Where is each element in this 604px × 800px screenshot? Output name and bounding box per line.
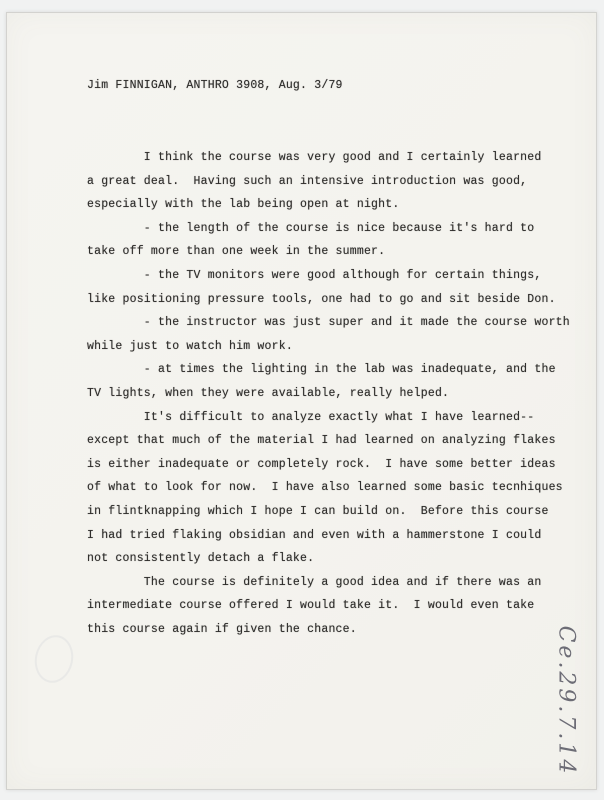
document-body-text: I think the course was very good and I c…: [87, 146, 570, 641]
scan-background: Jim FINNIGAN, ANTHRO 3908, Aug. 3/79 I t…: [0, 0, 604, 800]
document-header: Jim FINNIGAN, ANTHRO 3908, Aug. 3/79: [87, 74, 343, 98]
paper-stain: [30, 632, 77, 687]
catalog-number-annotation: Ce.29.7.14: [554, 626, 579, 777]
document-page: Jim FINNIGAN, ANTHRO 3908, Aug. 3/79 I t…: [6, 12, 597, 790]
